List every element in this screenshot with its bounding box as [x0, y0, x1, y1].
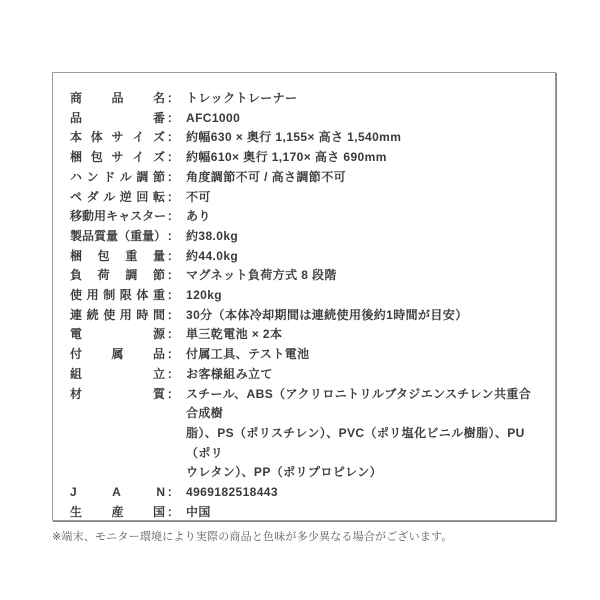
- spec-label: 組立: [70, 365, 165, 385]
- spec-label: 品番: [70, 109, 165, 129]
- spec-label: ペダル逆回転: [70, 188, 165, 208]
- spec-value: 中国: [186, 503, 539, 523]
- spec-label: 材質: [70, 385, 165, 405]
- spec-colon: ：: [165, 325, 181, 345]
- spec-row: 負荷調節：マグネット負荷方式 8 段階: [70, 266, 539, 286]
- spec-row: ペダル逆回転：不可: [70, 188, 539, 208]
- spec-colon: ：: [165, 168, 181, 188]
- spec-row: 付属品：付属工具、テスト電池: [70, 345, 539, 365]
- spec-colon: ：: [165, 109, 181, 129]
- spec-value: 角度調節不可 / 高さ調節不可: [186, 168, 539, 188]
- spec-row: 本体サイズ：約幅630 × 奥行 1,155× 高さ 1,540mm: [70, 128, 539, 148]
- spec-rows: 商品名：トレックトレーナー品番：AFC1000本体サイズ：約幅630 × 奥行 …: [53, 73, 555, 522]
- spec-label: 梱包サイズ: [70, 148, 165, 168]
- spec-row: 材質：スチール、ABS（アクリロニトリルブタジエンスチレン共重合合成樹 脂）、P…: [70, 385, 539, 484]
- spec-row: 品番：AFC1000: [70, 109, 539, 129]
- spec-colon: ：: [165, 503, 181, 523]
- spec-label: 商品名: [70, 89, 165, 109]
- spec-row: ハンドル調節：角度調節不可 / 高さ調節不可: [70, 168, 539, 188]
- spec-colon: ：: [165, 385, 181, 405]
- spec-value: 約38.0kg: [186, 227, 539, 247]
- spec-value: 約幅630 × 奥行 1,155× 高さ 1,540mm: [186, 128, 539, 148]
- spec-label: 負荷調節: [70, 266, 165, 286]
- spec-label: 梱包重量: [70, 247, 165, 267]
- spec-value: あり: [186, 207, 539, 227]
- spec-row: 梱包重量：約44.0kg: [70, 247, 539, 267]
- spec-colon: ：: [165, 128, 181, 148]
- spec-value: AFC1000: [186, 109, 539, 129]
- spec-row: 製品質量（重量）：約38.0kg: [70, 227, 539, 247]
- spec-value: 単三乾電池 × 2本: [186, 325, 539, 345]
- spec-label: ハンドル調節: [70, 168, 165, 188]
- spec-colon: ：: [165, 345, 181, 365]
- spec-value: 付属工具、テスト電池: [186, 345, 539, 365]
- spec-value: 120kg: [186, 286, 539, 306]
- spec-value: マグネット負荷方式 8 段階: [186, 266, 539, 286]
- spec-colon: ：: [165, 365, 181, 385]
- spec-colon: ：: [165, 286, 181, 306]
- spec-colon: ：: [165, 89, 181, 109]
- spec-value: 不可: [186, 188, 539, 208]
- spec-row: 梱包サイズ：約幅610× 奥行 1,170× 高さ 690mm: [70, 148, 539, 168]
- spec-value: 約44.0kg: [186, 247, 539, 267]
- spec-label: 連続使用時間: [70, 306, 165, 326]
- spec-colon: ：: [165, 227, 181, 247]
- spec-label: 付属品: [70, 345, 165, 365]
- spec-label: 移動用キャスター: [70, 207, 165, 227]
- spec-colon: ：: [165, 188, 181, 208]
- spec-colon: ：: [165, 483, 181, 503]
- spec-label: 生産国: [70, 503, 165, 523]
- spec-row: 組立：お客様組み立て: [70, 365, 539, 385]
- spec-label: 本体サイズ: [70, 128, 165, 148]
- spec-value: お客様組み立て: [186, 365, 539, 385]
- spec-colon: ：: [165, 266, 181, 286]
- spec-value: 4969182518443: [186, 483, 539, 503]
- spec-row: 移動用キャスター：あり: [70, 207, 539, 227]
- spec-value: 30分（本体冷却期間は連続使用後約1時間が目安）: [186, 306, 539, 326]
- spec-colon: ：: [165, 247, 181, 267]
- spec-value: 約幅610× 奥行 1,170× 高さ 690mm: [186, 148, 539, 168]
- spec-row: 商品名：トレックトレーナー: [70, 89, 539, 109]
- spec-label: 製品質量（重量）: [70, 227, 165, 247]
- spec-value: トレックトレーナー: [186, 89, 539, 109]
- product-spec-page: 商品名：トレックトレーナー品番：AFC1000本体サイズ：約幅630 × 奥行 …: [0, 0, 600, 600]
- disclaimer-note: ※端末、モニター環境により実際の商品と色味が多少異なる場合がございます。: [52, 528, 453, 544]
- spec-row: 電源：単三乾電池 × 2本: [70, 325, 539, 345]
- spec-colon: ：: [165, 148, 181, 168]
- spec-row: JAN：4969182518443: [70, 483, 539, 503]
- spec-value: スチール、ABS（アクリロニトリルブタジエンスチレン共重合合成樹 脂）、PS（ポ…: [186, 385, 539, 484]
- spec-label: 使用制限体重: [70, 286, 165, 306]
- spec-row: 連続使用時間：30分（本体冷却期間は連続使用後約1時間が目安）: [70, 306, 539, 326]
- spec-row: 生産国：中国: [70, 503, 539, 523]
- spec-row: 使用制限体重：120kg: [70, 286, 539, 306]
- spec-colon: ：: [165, 306, 181, 326]
- spec-colon: ：: [165, 207, 181, 227]
- spec-label: JAN: [70, 483, 165, 503]
- spec-label: 電源: [70, 325, 165, 345]
- spec-box: 商品名：トレックトレーナー品番：AFC1000本体サイズ：約幅630 × 奥行 …: [52, 72, 556, 521]
